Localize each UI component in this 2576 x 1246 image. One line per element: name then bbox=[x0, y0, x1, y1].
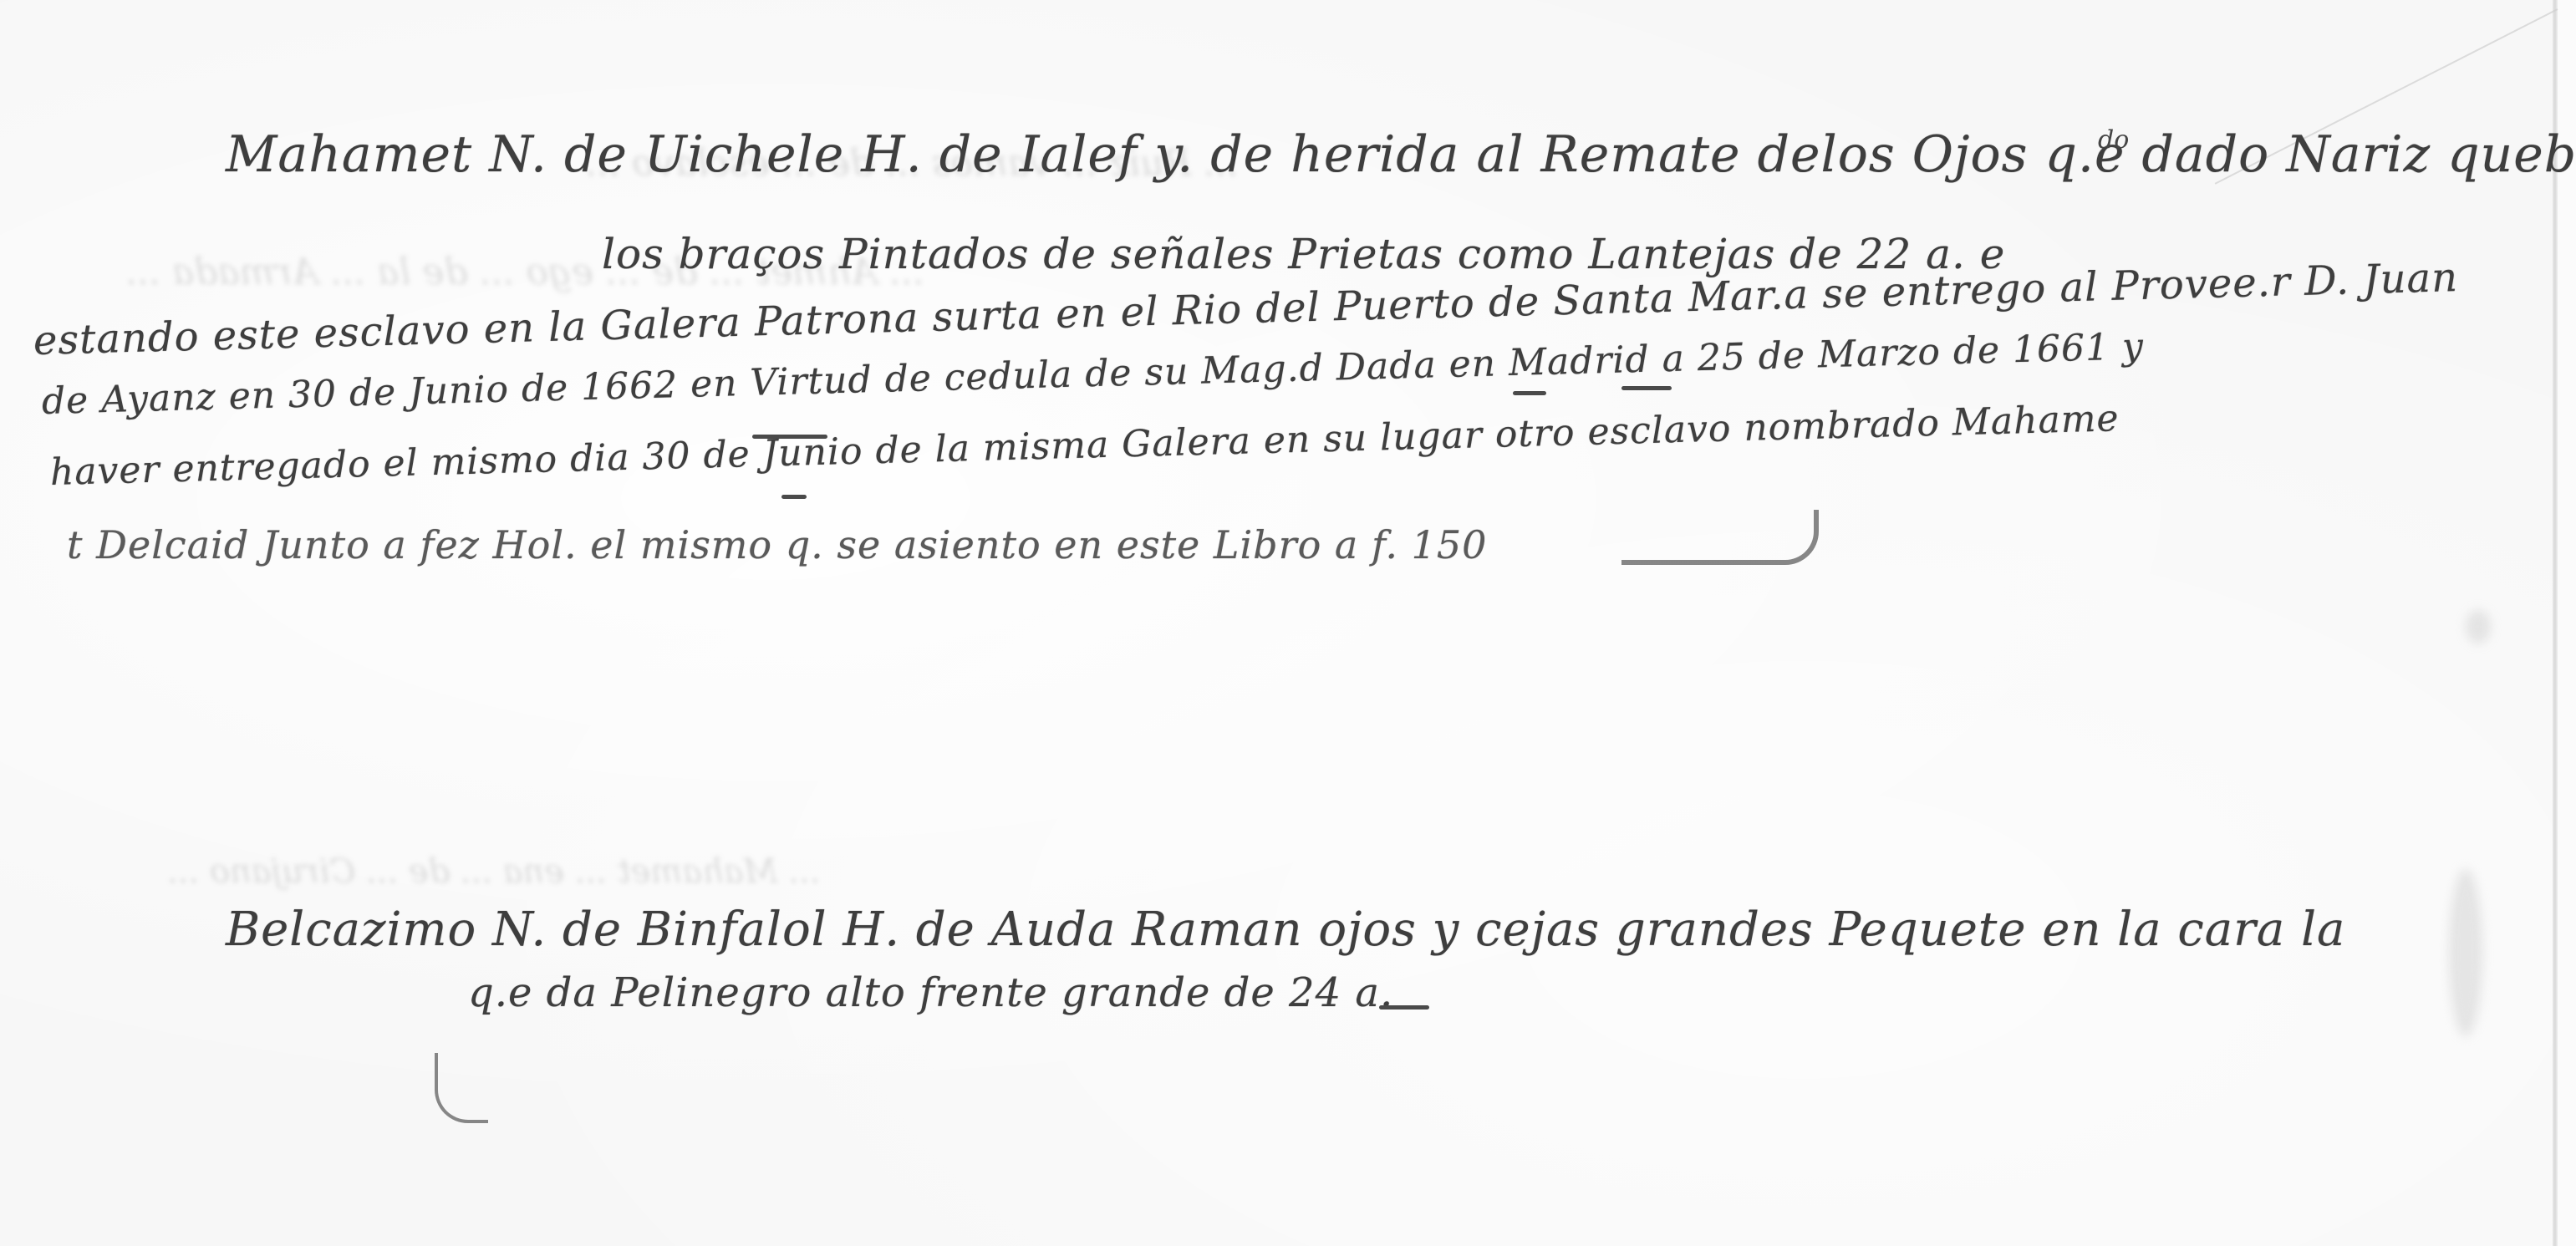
entry-1-line-1: Mahamet N. de Uichele H. de Ialef y. de … bbox=[226, 125, 2576, 184]
underline-24 bbox=[1379, 1005, 1429, 1010]
signature-flourish bbox=[1621, 510, 1819, 565]
entry-2-line-1: Belcazimo N. de Binfalol H. de Auda Rama… bbox=[226, 903, 2345, 957]
underline-1661 bbox=[1621, 386, 1672, 390]
entry-2-line-2: q.e da Pelinegro alto frente grande de 2… bbox=[468, 969, 1393, 1016]
page-margin bbox=[2558, 0, 2576, 1246]
underline-25 bbox=[1513, 391, 1546, 395]
entry-1-line-6: t Delcaid Junto a fez Hol. el mismo q. s… bbox=[67, 522, 1487, 567]
descender-flourish bbox=[435, 1053, 488, 1123]
manuscript-page: ... Ruiz ... vamos ... de ... esclavo ..… bbox=[0, 0, 2576, 1246]
bleed-through-text: ... Mahamet ... ena ... de ... Cirujano … bbox=[167, 852, 820, 891]
water-stain bbox=[2449, 869, 2482, 1036]
underline-30 bbox=[781, 495, 807, 499]
ink-spot bbox=[2466, 610, 2491, 643]
superscript-abbreviation: do bbox=[2098, 125, 2129, 155]
